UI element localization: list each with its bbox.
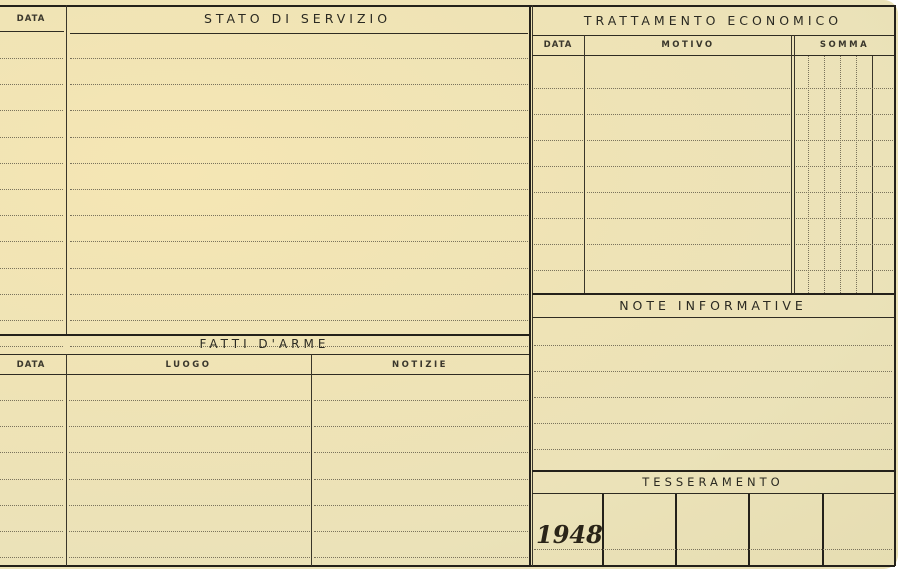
dotted-row-line — [314, 531, 528, 532]
dotted-row-line — [534, 345, 892, 346]
dotted-row-line — [534, 244, 583, 245]
stato-data-header: DATA — [0, 14, 62, 24]
dotted-row-line — [534, 192, 583, 193]
dotted-row-line — [587, 192, 790, 193]
dotted-row-line — [69, 531, 310, 532]
dotted-row-line — [587, 218, 790, 219]
dotted-row-line — [534, 140, 583, 141]
somma-subcolumn — [808, 56, 809, 293]
dotted-row-line — [0, 505, 63, 506]
dotted-row-line — [314, 479, 528, 480]
dotted-row-line — [70, 215, 528, 216]
center-divider — [529, 5, 531, 566]
dotted-row-line — [534, 397, 892, 398]
service-record-card: DATA STATO DI SERVIZIO FATTI D'ARME DATA… — [0, 0, 898, 569]
dotted-row-line — [587, 140, 790, 141]
dotted-row-line — [70, 241, 528, 242]
header-rule — [532, 493, 894, 494]
dotted-row-line — [587, 88, 790, 89]
dotted-row-line — [314, 400, 528, 401]
dotted-row-line — [314, 452, 528, 453]
data-column-divider — [66, 5, 67, 334]
dotted-row-line — [70, 163, 528, 164]
tesseramento-cell-divider — [822, 494, 824, 566]
dotted-row-line — [0, 215, 63, 216]
tesseramento-dotted-rule — [534, 549, 892, 550]
header-rule — [0, 354, 529, 355]
dotted-row-line — [0, 84, 63, 85]
somma-subcolumn — [824, 56, 825, 293]
section-rule — [0, 334, 529, 336]
dotted-row-line — [69, 557, 310, 558]
trattamento-motivo-header: MOTIVO — [584, 40, 792, 50]
somma-decimal-divider — [872, 56, 873, 293]
dotted-row-line — [0, 400, 63, 401]
somma-double-rule-a — [791, 35, 792, 293]
somma-double-rule-b — [794, 35, 795, 293]
dotted-row-line — [0, 557, 63, 558]
dotted-row-line — [0, 241, 63, 242]
dotted-row-line — [314, 557, 528, 558]
fatti-luogo-header: LUOGO — [66, 360, 311, 370]
dotted-row-line — [0, 189, 63, 190]
header-rule — [532, 35, 894, 36]
dotted-row-line — [70, 110, 528, 111]
dotted-row-line — [70, 320, 528, 321]
dotted-row-line — [69, 505, 310, 506]
luogo-column-divider — [311, 354, 312, 566]
section-rule — [532, 470, 894, 472]
dotted-row-line — [796, 140, 893, 141]
dotted-row-line — [69, 426, 310, 427]
dotted-row-line — [70, 137, 528, 138]
dotted-row-line — [70, 84, 528, 85]
trattamento-data-header: DATA — [532, 40, 584, 50]
somma-subcolumn — [856, 56, 857, 293]
dotted-row-line — [534, 423, 892, 424]
header-rule — [70, 33, 528, 34]
somma-subcolumn — [840, 56, 841, 293]
dotted-row-line — [796, 88, 893, 89]
dotted-row-line — [796, 166, 893, 167]
tesseramento-year-handwritten: 1948 — [536, 520, 603, 549]
header-rule — [532, 317, 894, 318]
tesseramento-cell-divider — [675, 494, 677, 566]
dotted-row-line — [0, 58, 63, 59]
dotted-row-line — [0, 426, 63, 427]
fatti-notizie-header: NOTIZIE — [311, 360, 529, 370]
dotted-row-line — [0, 294, 63, 295]
dotted-row-line — [70, 268, 528, 269]
dotted-row-line — [0, 110, 63, 111]
dotted-row-line — [69, 479, 310, 480]
header-rule — [0, 374, 529, 375]
dotted-row-line — [0, 137, 63, 138]
dotted-row-line — [796, 218, 893, 219]
dotted-row-line — [534, 371, 892, 372]
section-rule — [532, 293, 894, 295]
dotted-row-line — [534, 88, 583, 89]
data-column-divider — [584, 35, 585, 293]
dotted-row-line — [0, 531, 63, 532]
top-border — [0, 5, 895, 7]
fatti-data-header: DATA — [0, 360, 62, 370]
dotted-row-line — [0, 479, 63, 480]
dotted-row-line — [0, 320, 63, 321]
note-informative-title: NOTE INFORMATIVE — [532, 298, 894, 313]
dotted-row-line — [0, 452, 63, 453]
dotted-row-line — [534, 270, 583, 271]
dotted-row-line — [314, 426, 528, 427]
dotted-row-line — [70, 294, 528, 295]
dotted-row-line — [69, 400, 310, 401]
dotted-row-line — [0, 163, 63, 164]
tesseramento-title: TESSERAMENTO — [532, 475, 894, 489]
dotted-row-line — [796, 270, 893, 271]
bottom-border — [0, 565, 895, 567]
dotted-row-line — [587, 166, 790, 167]
dotted-row-line — [0, 268, 63, 269]
trattamento-economico-title: TRATTAMENTO ECONOMICO — [532, 13, 894, 28]
dotted-row-line — [587, 114, 790, 115]
dotted-row-line — [314, 505, 528, 506]
dotted-row-line — [534, 449, 892, 450]
dotted-row-line — [70, 58, 528, 59]
header-rule — [0, 31, 64, 32]
dotted-row-line — [534, 166, 583, 167]
tesseramento-cell-divider — [748, 494, 750, 566]
dotted-row-line — [796, 244, 893, 245]
trattamento-somma-header: SOMMA — [795, 40, 894, 50]
dotted-row-line — [534, 218, 583, 219]
dotted-row-line — [796, 192, 893, 193]
dotted-row-line — [69, 452, 310, 453]
data-column-divider — [66, 354, 67, 566]
fatti-d-arme-title: FATTI D'ARME — [0, 337, 529, 351]
stato-di-servizio-title: STATO DI SERVIZIO — [66, 11, 529, 26]
dotted-row-line — [587, 244, 790, 245]
dotted-row-line — [587, 270, 790, 271]
dotted-row-line — [796, 114, 893, 115]
dotted-row-line — [534, 114, 583, 115]
right-border — [894, 5, 896, 566]
dotted-row-line — [70, 189, 528, 190]
